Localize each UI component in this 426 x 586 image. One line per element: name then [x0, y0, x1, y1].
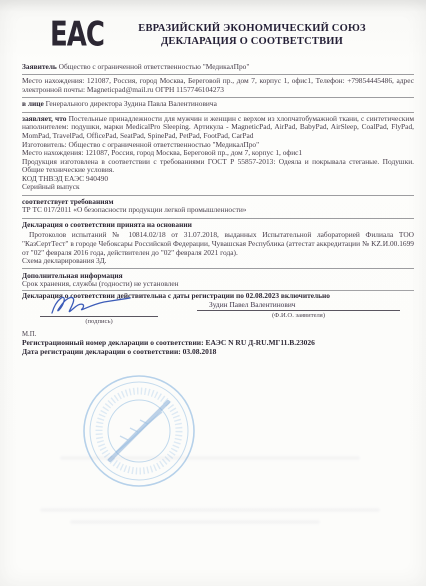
signature-scribble [46, 291, 156, 317]
applicant-name: Общество с ограниченной ответственностью… [59, 62, 250, 71]
regulation-line: ТР ТС 017/2011 «О безопасности продукции… [22, 206, 414, 215]
basis-label: Декларация о соответствии принята на осн… [22, 221, 414, 230]
tnved-code: КОД ТНВЭД ЕАЭС 940490 [22, 175, 414, 184]
document-header: ЕАС ЕВРАЗИЙСКИЙ ЭКОНОМИЧЕСКИЙ СОЮЗ ДЕКЛА… [0, 0, 426, 54]
declarant-name: Зудин Павел Валентинович [209, 301, 296, 310]
person-label: в лице [22, 99, 44, 108]
product-paragraph: заявляет, что Постельные принадлежности … [22, 115, 414, 141]
divider [22, 112, 414, 113]
declaration-document: ЕАС ЕВРАЗИЙСКИЙ ЭКОНОМИЧЕСКИЙ СОЮЗ ДЕКЛА… [0, 0, 426, 586]
test-protocols: Протоколов испытаний № 10814.02/18 от 31… [22, 231, 414, 257]
registration-number-value: ЕАЭС N RU Д-RU.МГ11.В.23026 [206, 338, 315, 347]
document-title: ЕВРАЗИЙСКИЙ ЭКОНОМИЧЕСКИЙ СОЮЗ ДЕКЛАРАЦИ… [104, 22, 400, 49]
registration-date-label: Дата регистрации декларации о соответств… [22, 347, 181, 356]
product-description: Постельные принадлежности для мужчин и ж… [22, 114, 414, 140]
signature-block: (подпись) Зудин Павел Валентинович (Ф.И.… [22, 301, 414, 331]
applicant-line: Заявитель Общество с ограниченной ответс… [22, 63, 414, 72]
company-stamp [80, 372, 198, 495]
declarant-name-caption: (Ф.И.О. заявителя) [197, 312, 400, 321]
eac-logo: ЕАС [50, 16, 104, 55]
applicant-person-line: в лице Генерального директора Зудина Пав… [22, 100, 414, 109]
title-line-1: ЕВРАЗИЙСКИЙ ЭКОНОМИЧЕСКИЙ СОЮЗ [104, 22, 400, 36]
gost-line: Продукция изготовлена в соответствии с т… [22, 158, 414, 175]
declaration-scheme: Схема декларирования 3Д. [22, 257, 414, 266]
declarant-name-line [197, 310, 400, 311]
applicant-address: Место нахождения: 121087, Россия, город … [22, 77, 414, 94]
bleedthrough-smudge [70, 520, 320, 524]
divider [22, 268, 414, 269]
stamp-icon [80, 372, 198, 490]
applicant-label: Заявитель [22, 62, 57, 71]
signature-line [40, 316, 158, 317]
registration-date-value: 03.08.2018 [183, 347, 217, 356]
divider [22, 218, 414, 219]
divider [22, 97, 414, 98]
registration-date-line: Дата регистрации декларации о соответств… [22, 348, 414, 357]
person-name: Генерального директора Зудина Павла Вале… [46, 99, 217, 108]
document-body: Заявитель Общество с ограниченной ответс… [0, 54, 426, 357]
bleedthrough-smudge [40, 508, 380, 512]
divider [22, 74, 414, 75]
signature-caption: (подпись) [40, 318, 158, 327]
serial-issue: Серийный выпуск [22, 183, 414, 192]
shelf-life-line: Срок хранения, службы (годности) не уста… [22, 280, 414, 291]
divider [22, 195, 414, 196]
title-line-2: ДЕКЛАРАЦИЯ О СООТВЕТСТВИИ [104, 35, 400, 49]
bleedthrough-smudge [60, 456, 360, 460]
